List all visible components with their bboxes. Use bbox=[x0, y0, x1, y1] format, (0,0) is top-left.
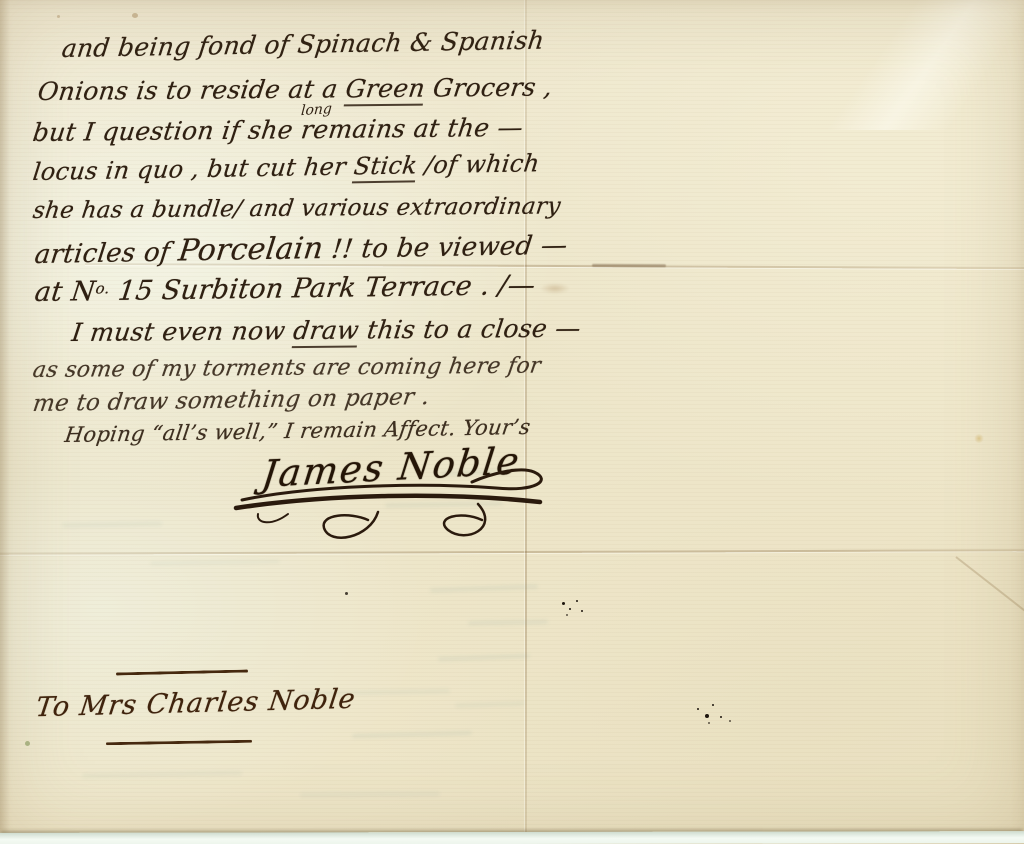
ink-speck bbox=[729, 720, 731, 722]
letter-scan: and being fond of Spinach & Spanish Onio… bbox=[0, 0, 1024, 844]
line-text: locus in quo , but cut her bbox=[31, 152, 355, 186]
handwriting-line-7: at No. 15 Surbiton Park Terrace . /— bbox=[33, 270, 537, 308]
show-through-mark bbox=[82, 771, 242, 779]
show-through-mark bbox=[300, 791, 440, 797]
stain bbox=[25, 741, 30, 746]
show-through-mark bbox=[455, 701, 525, 708]
ink-speck bbox=[581, 610, 583, 612]
ink-speck bbox=[562, 602, 565, 605]
stain bbox=[540, 283, 570, 294]
show-through-mark bbox=[150, 559, 280, 566]
handwriting-line-8: I must even now draw this to a close — bbox=[70, 314, 583, 347]
line-text: Grocers , bbox=[423, 72, 554, 102]
show-through-mark bbox=[62, 521, 162, 528]
ink-speck bbox=[566, 614, 568, 616]
line-text: me to draw something on paper . bbox=[31, 384, 431, 417]
stain bbox=[974, 434, 984, 443]
signature-flourish bbox=[228, 462, 568, 552]
line-text: I must even now bbox=[70, 316, 295, 347]
handwriting-line-3: but I question if she remains at the — bbox=[31, 113, 525, 147]
ink-speck bbox=[345, 592, 348, 595]
handwriting-line-4: locus in quo , but cut her Stick /of whi… bbox=[31, 149, 541, 186]
address-rule-top bbox=[116, 670, 248, 676]
show-through-mark bbox=[352, 730, 472, 738]
line-text: articles of bbox=[33, 237, 180, 270]
handwriting-line-5: she has a bundle/ and various extraordin… bbox=[31, 193, 562, 224]
ink-speck bbox=[569, 608, 571, 610]
handwriting-line-1: and being fond of Spinach & Spanish bbox=[60, 26, 546, 63]
ink-speck bbox=[705, 714, 709, 718]
line-text: this to a close — bbox=[357, 314, 583, 345]
corner-fold-highlight bbox=[824, 0, 1024, 130]
ink-speck bbox=[712, 704, 714, 706]
show-through-mark bbox=[430, 584, 538, 593]
address-rule-bottom bbox=[106, 740, 252, 746]
ink-speck bbox=[708, 722, 710, 724]
line-text: /of which bbox=[415, 149, 541, 179]
handwriting-line-9: as some of my torments are coming here f… bbox=[31, 354, 543, 383]
address-line: To Mrs Charles Noble bbox=[34, 684, 358, 723]
line-text: and being fond of Spinach & Spanish bbox=[60, 26, 546, 63]
stain bbox=[592, 264, 666, 267]
line-text: Onions is to reside at a bbox=[36, 74, 348, 106]
handwriting-line-6: articles of Porcelain !! to be viewed — bbox=[33, 227, 570, 271]
show-through-mark bbox=[468, 619, 548, 625]
emphasized-word-porcelain: Porcelain bbox=[177, 231, 326, 269]
underlined-word-stick: Stick bbox=[352, 151, 419, 183]
line-text: 15 Surbiton Park Terrace . /— bbox=[107, 270, 537, 307]
show-through-mark bbox=[438, 653, 530, 661]
handwriting-line-2: Onions is to reside at a Green Grocers , bbox=[36, 72, 554, 106]
ink-speck bbox=[576, 600, 578, 602]
fold-crease-corner bbox=[955, 556, 1024, 616]
paper-edge-shadow bbox=[0, 0, 10, 844]
ink-speck bbox=[720, 716, 722, 718]
scanner-background-strip bbox=[0, 831, 1024, 844]
ink-speck bbox=[697, 708, 699, 710]
underlined-word-green: Green bbox=[344, 74, 427, 107]
underlined-word-draw: draw bbox=[291, 315, 361, 348]
line-text: she has a bundle/ and various extraordin… bbox=[31, 193, 562, 224]
line-text: as some of my torments are coming here f… bbox=[31, 354, 543, 383]
line-text: but I question if she remains at the — bbox=[31, 113, 525, 147]
stain bbox=[57, 15, 60, 18]
line-text: !! to be viewed — bbox=[321, 231, 569, 265]
stain bbox=[132, 13, 138, 18]
line-text: at N bbox=[33, 276, 97, 308]
handwriting-line-10: me to draw something on paper . bbox=[31, 384, 431, 417]
